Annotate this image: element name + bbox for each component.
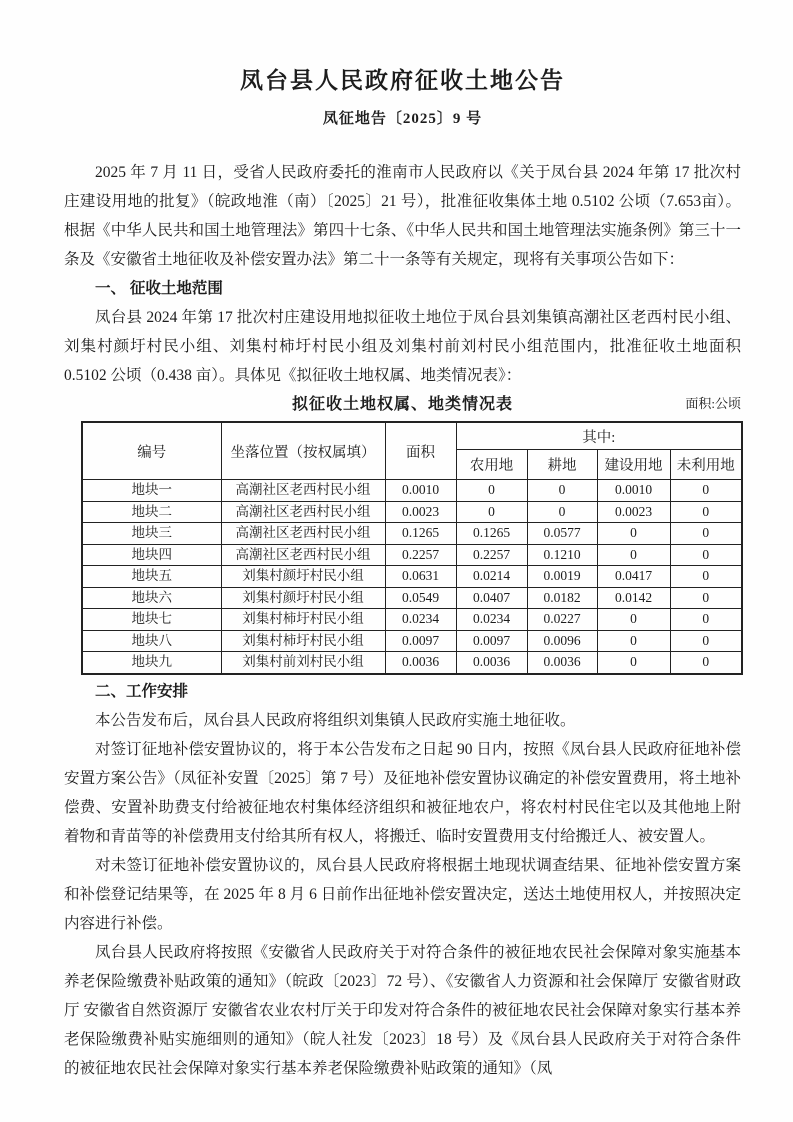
table-cell: 0.0096	[527, 630, 597, 652]
table-cell: 0.2257	[385, 544, 456, 566]
table-cell: 0.0036	[385, 652, 456, 674]
table-cell: 地块九	[82, 652, 221, 674]
section2-paragraph-1: 本公告发布后，凤台县人民政府将组织刘集镇人民政府实施土地征收。	[64, 706, 741, 735]
table-cell: 0.1210	[527, 544, 597, 566]
table-cell: 0.0097	[456, 630, 527, 652]
table-cell: 高潮社区老西村民小组	[221, 501, 385, 523]
table-cell: 地块六	[82, 587, 221, 609]
page-title: 凤台县人民政府征收土地公告	[64, 62, 741, 95]
section2-paragraph-4: 凤台县人民政府将按照《安徽省人民政府关于对符合条件的被征地农民社会保障对象实施基…	[64, 938, 741, 1083]
table-cell: 0.0019	[527, 566, 597, 588]
col-header-breakdown: 其中:	[456, 422, 742, 450]
table-cell: 高潮社区老西村民小组	[221, 523, 385, 545]
col-header-unused: 未利用地	[670, 450, 742, 480]
table-row: 地块三高潮社区老西村民小组0.12650.12650.057700	[82, 523, 742, 545]
col-header-location: 坐落位置（按权属填）	[221, 422, 385, 480]
table-row: 地块四高潮社区老西村民小组0.22570.22570.121000	[82, 544, 742, 566]
table-cell: 刘集村颜圩村民小组	[221, 566, 385, 588]
table-cell: 0	[670, 587, 742, 609]
section2-paragraph-2: 对签订征地补偿安置协议的，将于本公告发布之日起 90 日内，按照《凤台县人民政府…	[64, 735, 741, 851]
table-row: 地块一高潮社区老西村民小组0.0010000.00100	[82, 480, 742, 502]
table-cell: 0	[670, 566, 742, 588]
document-number: 凤征地告〔2025〕9 号	[64, 107, 741, 128]
table-cell: 0.0142	[597, 587, 670, 609]
table-cell: 0.0549	[385, 587, 456, 609]
table-header: 编号 坐落位置（按权属填） 面积 其中: 农用地 耕地 建设用地 未利用地	[82, 422, 742, 480]
table-cell: 0.0417	[597, 566, 670, 588]
col-header-area: 面积	[385, 422, 456, 480]
table-cell: 地块五	[82, 566, 221, 588]
table-cell: 0	[527, 501, 597, 523]
table-cell: 地块二	[82, 501, 221, 523]
table-cell: 0	[597, 630, 670, 652]
table-cell: 0.0097	[385, 630, 456, 652]
table-row: 地块五刘集村颜圩村民小组0.06310.02140.00190.04170	[82, 566, 742, 588]
announcement-page: 凤台县人民政府征收土地公告 凤征地告〔2025〕9 号 2025 年 7 月 1…	[0, 0, 793, 1122]
table-cell: 0.0036	[456, 652, 527, 674]
table-cell: 0	[670, 501, 742, 523]
table-header-row-1: 编号 坐落位置（按权属填） 面积 其中:	[82, 422, 742, 450]
table-cell: 地块八	[82, 630, 221, 652]
table-cell: 0	[670, 544, 742, 566]
table-cell: 高潮社区老西村民小组	[221, 480, 385, 502]
table-cell: 刘集村颜圩村民小组	[221, 587, 385, 609]
table-cell: 0.1265	[385, 523, 456, 545]
table-cell: 0.0407	[456, 587, 527, 609]
table-cell: 0.0214	[456, 566, 527, 588]
table-cell: 0.0577	[527, 523, 597, 545]
table-row: 地块九刘集村前刘村民小组0.00360.00360.003600	[82, 652, 742, 674]
table-cell: 0.1265	[456, 523, 527, 545]
table-cell: 0	[670, 630, 742, 652]
table-cell: 0.0036	[527, 652, 597, 674]
table-cell: 0	[527, 480, 597, 502]
table-cell: 地块四	[82, 544, 221, 566]
table-cell: 0	[597, 652, 670, 674]
table-row: 地块六刘集村颜圩村民小组0.05490.04070.01820.01420	[82, 587, 742, 609]
table-cell: 0.2257	[456, 544, 527, 566]
col-header-construction: 建设用地	[597, 450, 670, 480]
table-cell: 0	[597, 609, 670, 631]
section-heading-2: 二、工作安排	[64, 677, 741, 706]
table-cell: 0	[670, 609, 742, 631]
col-header-cultivated: 耕地	[527, 450, 597, 480]
table-cell: 0.0234	[456, 609, 527, 631]
table-cell: 刘集村柿圩村民小组	[221, 630, 385, 652]
table-unit-label: 面积:公顷	[685, 392, 741, 416]
table-caption-row: 拟征收土地权属、地类情况表 面积:公顷	[64, 393, 741, 417]
table-cell: 刘集村前刘村民小组	[221, 652, 385, 674]
table-cell: 0	[597, 544, 670, 566]
table-cell: 0	[456, 480, 527, 502]
table-cell: 0	[670, 523, 742, 545]
table-cell: 0	[597, 523, 670, 545]
table-cell: 地块七	[82, 609, 221, 631]
intro-paragraph: 2025 年 7 月 11 日，受省人民政府委托的淮南市人民政府以《关于凤台县 …	[64, 158, 741, 274]
table-row: 地块七刘集村柿圩村民小组0.02340.02340.022700	[82, 609, 742, 631]
table-body: 地块一高潮社区老西村民小组0.0010000.00100地块二高潮社区老西村民小…	[82, 480, 742, 674]
table-cell: 刘集村柿圩村民小组	[221, 609, 385, 631]
section-heading-1: 一、 征收土地范围	[64, 274, 741, 303]
table-row: 地块二高潮社区老西村民小组0.0023000.00230	[82, 501, 742, 523]
table-cell: 高潮社区老西村民小组	[221, 544, 385, 566]
table-cell: 地块三	[82, 523, 221, 545]
table-cell: 0.0023	[385, 501, 456, 523]
col-header-farmland: 农用地	[456, 450, 527, 480]
table-cell: 地块一	[82, 480, 221, 502]
land-parcel-table: 编号 坐落位置（按权属填） 面积 其中: 农用地 耕地 建设用地 未利用地 地块…	[81, 421, 743, 675]
section2-paragraph-3: 对未签订征地补偿安置协议的，凤台县人民政府将根据土地现状调查结果、征地补偿安置方…	[64, 851, 741, 938]
table-cell: 0	[456, 501, 527, 523]
table-cell: 0.0234	[385, 609, 456, 631]
table-cell: 0.0182	[527, 587, 597, 609]
table-cell: 0	[670, 652, 742, 674]
col-header-id: 编号	[82, 422, 221, 480]
table-cell: 0.0023	[597, 501, 670, 523]
table-cell: 0.0010	[385, 480, 456, 502]
table-cell: 0.0227	[527, 609, 597, 631]
table-cell: 0.0631	[385, 566, 456, 588]
table-row: 地块八刘集村柿圩村民小组0.00970.00970.009600	[82, 630, 742, 652]
table-title: 拟征收土地权属、地类情况表	[64, 393, 741, 417]
section1-paragraph: 凤台县 2024 年第 17 批次村庄建设用地拟征收土地位于凤台县刘集镇高潮社区…	[64, 303, 741, 390]
table-cell: 0.0010	[597, 480, 670, 502]
table-cell: 0	[670, 480, 742, 502]
